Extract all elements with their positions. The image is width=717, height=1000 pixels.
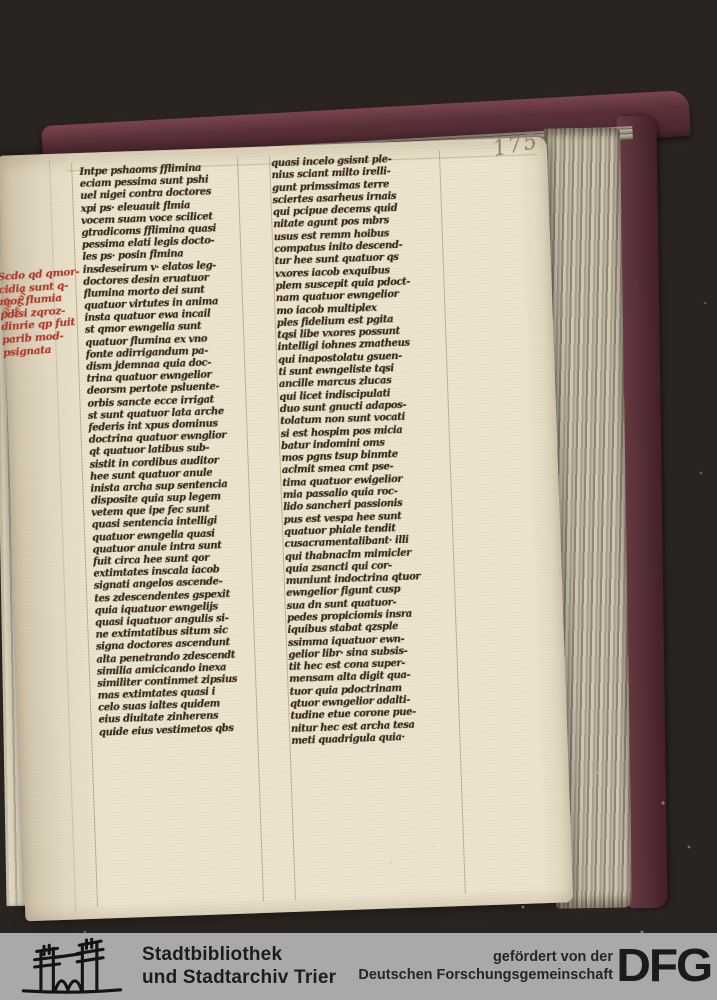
dust-specks (0, 0, 2, 2)
manuscript-page: 175 Scdo qd qmor-cidia sunt q-mor flumia… (0, 137, 573, 922)
library-name-line1: Stadtbibliothek (142, 943, 336, 966)
text-column-1: Intpe pshaoms ffliminaeciam pessima sunt… (79, 161, 263, 739)
funding-credit: gefördert von der Deutschen Forschungsge… (358, 949, 613, 984)
funding-credit-line1: gefördert von der (358, 949, 613, 967)
dfg-logo: DFG (616, 938, 711, 992)
digitized-manuscript-photo: 175 Scdo qd qmor-cidia sunt q-mor flumia… (0, 0, 717, 1000)
porta-nigra-logo-icon (20, 938, 124, 996)
footer-banner: Stadtbibliothek und Stadtarchiv Trier ge… (0, 933, 717, 1000)
text-column-2: quasi incelo gsisnt ple-nius sciant milt… (271, 152, 469, 748)
library-name: Stadtbibliothek und Stadtarchiv Trier (142, 943, 336, 989)
library-name-line2: und Stadtarchiv Trier (142, 966, 336, 989)
funding-credit-line2: Deutschen Forschungsgemeinschaft (358, 967, 613, 985)
